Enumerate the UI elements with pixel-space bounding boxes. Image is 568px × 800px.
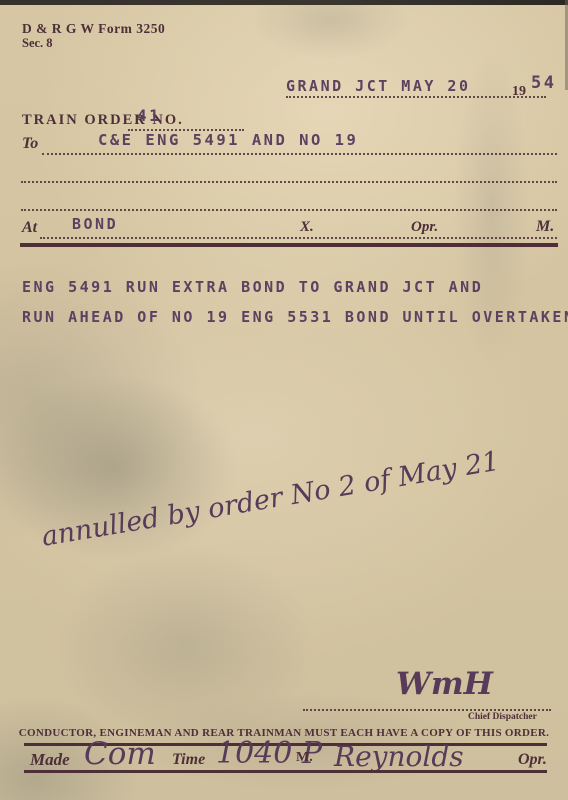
to-rule	[42, 153, 557, 155]
at-value: BOND	[72, 215, 118, 233]
order-number-value: 41	[137, 106, 161, 125]
blank-line-2	[21, 209, 557, 211]
to-value: C&E ENG 5491 AND NO 19	[98, 131, 358, 149]
train-order-form: D & R G W Form 3250 Sec. 8 GRAND JCT MAY…	[0, 0, 568, 800]
year-prefix-label: 19	[512, 84, 526, 100]
signature-rule	[303, 709, 551, 711]
order-body-line-1: ENG 5491 RUN EXTRA BOND TO GRAND JCT AND	[22, 278, 483, 296]
to-label: To	[22, 135, 38, 153]
made-value: Com	[84, 736, 156, 772]
form-number: D & R G W Form 3250	[22, 21, 165, 37]
chief-dispatcher-label: Chief Dispatcher	[468, 712, 537, 722]
scan-top-edge	[0, 0, 568, 5]
at-rule	[40, 237, 557, 239]
footer-rule-bottom	[24, 770, 547, 773]
opr-label: Opr.	[411, 219, 438, 236]
meridiem-label: M.	[296, 750, 313, 766]
annulment-annotation: annulled by order No 2 of May 21	[39, 446, 501, 553]
time-label: Time	[172, 751, 205, 769]
form-section: Sec. 8	[22, 36, 53, 51]
date-rule	[286, 96, 546, 98]
date-station-value: GRAND JCT MAY 20	[286, 77, 471, 95]
year-value: 54	[531, 73, 556, 93]
order-body-line-2: RUN AHEAD OF NO 19 ENG 5531 BOND UNTIL O…	[22, 308, 568, 326]
blank-line-1	[21, 181, 557, 183]
dispatcher-signature: WmH	[396, 666, 493, 702]
made-label: Made	[30, 750, 70, 770]
x-label: X.	[300, 219, 314, 236]
operator-signature: Reynolds	[334, 740, 464, 773]
opr-label-bottom: Opr.	[518, 751, 547, 769]
header-divider-rule	[20, 243, 558, 247]
m-label: M.	[536, 218, 554, 236]
at-label: At	[22, 219, 37, 237]
